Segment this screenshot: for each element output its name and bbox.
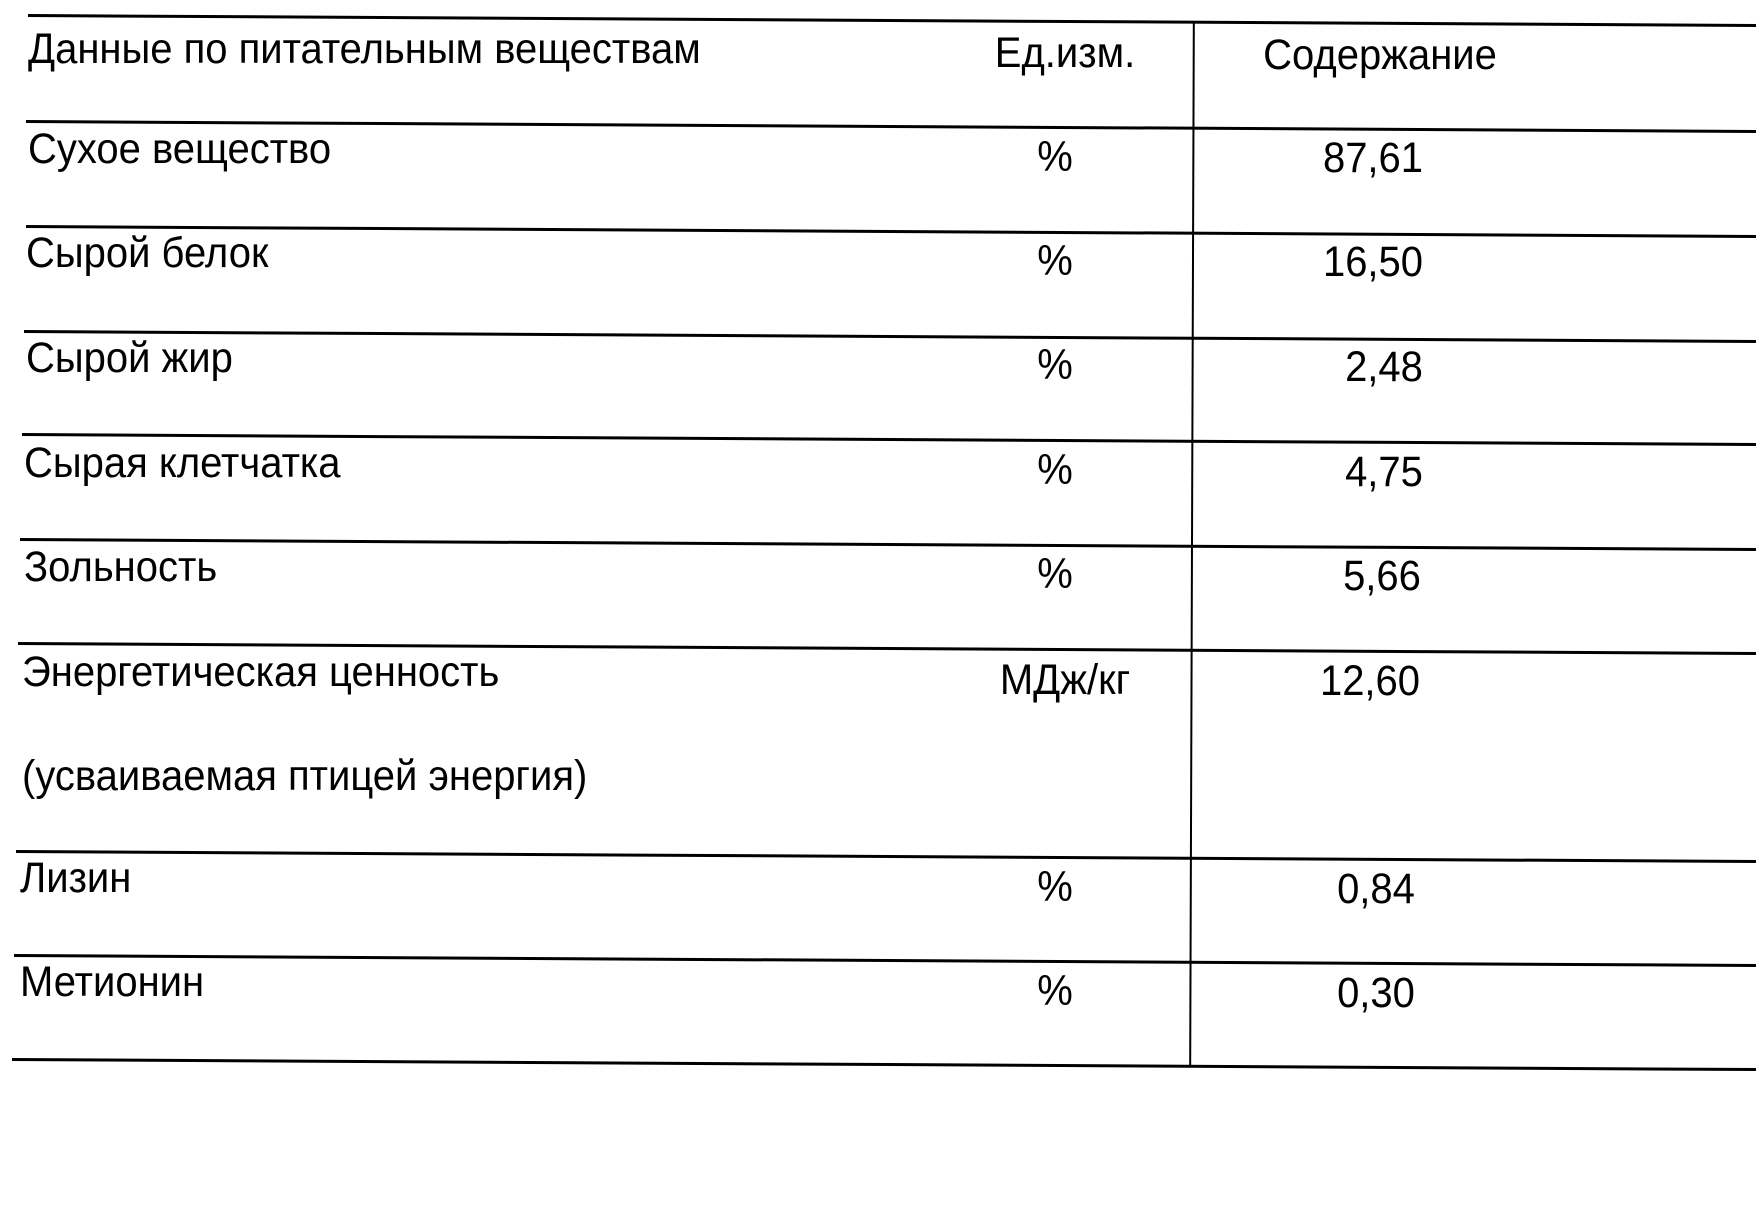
row-unit: % — [962, 344, 1148, 387]
rule-bottom — [12, 1058, 1756, 1071]
row-unit: % — [962, 970, 1148, 1013]
row-name: Сырая клетчатка — [24, 442, 341, 485]
rule-row-1 — [26, 225, 1756, 238]
header-content: Содержание — [1241, 34, 1520, 77]
rule-row-2 — [24, 330, 1756, 343]
row-value: 2,48 — [1245, 346, 1524, 389]
row-unit: % — [962, 240, 1148, 283]
row-unit: % — [962, 449, 1148, 492]
row-unit: % — [962, 553, 1148, 596]
row-value: 5,66 — [1243, 555, 1522, 598]
rule-row-7 — [14, 954, 1756, 967]
row-value: 4,75 — [1245, 451, 1524, 494]
row-name: Энергетическая ценность — [22, 651, 499, 694]
header-nutrient: Данные по питательным веществам — [28, 28, 701, 71]
row-unit: % — [962, 866, 1148, 909]
header-unit: Ед.изм. — [972, 32, 1158, 75]
row-name: Метионин — [20, 961, 204, 1004]
row-value: 16,50 — [1234, 241, 1513, 284]
row-name: Сырой жир — [26, 337, 233, 380]
rule-row-6 — [16, 850, 1756, 863]
row-value: 12,60 — [1231, 660, 1510, 703]
row-name: Сухое вещество — [28, 128, 331, 171]
row-name: Сырой белок — [26, 232, 268, 275]
row-value: 0,30 — [1237, 972, 1516, 1015]
row-value: 87,61 — [1234, 137, 1513, 180]
row-unit: % — [962, 136, 1148, 179]
row-name: Лизин — [20, 857, 131, 900]
rule-row-4 — [20, 538, 1756, 551]
row-value: 0,84 — [1237, 868, 1516, 911]
row-unit: МДж/кг — [972, 659, 1158, 702]
row-name-line2: (усваиваемая птицей энергия) — [22, 755, 587, 798]
row-name: Зольность — [24, 546, 217, 589]
